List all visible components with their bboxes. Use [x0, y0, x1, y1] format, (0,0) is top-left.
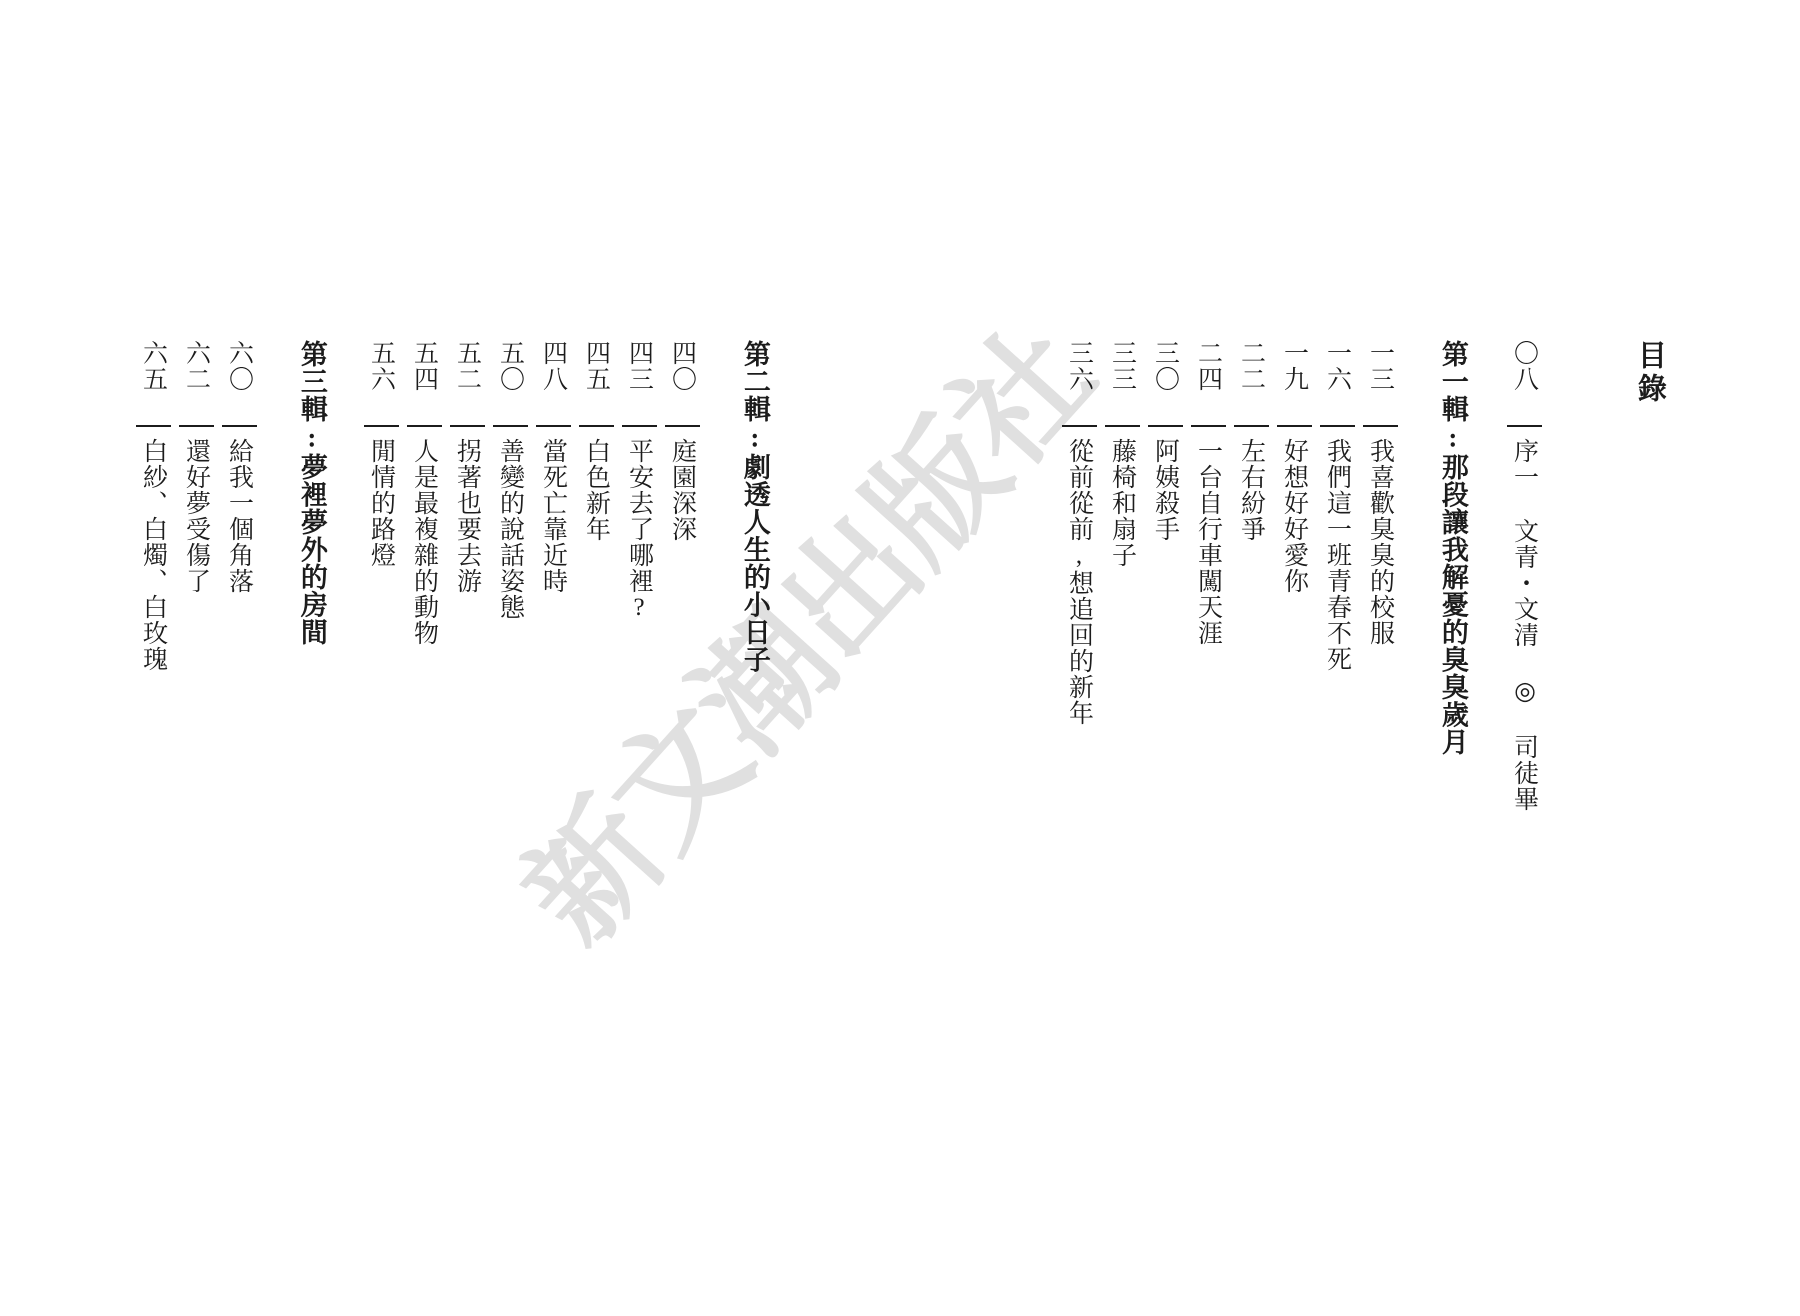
entry-title: 給我一個角落 [222, 438, 257, 594]
page-number: 五六 [364, 340, 399, 392]
entry-title: 左右紛爭 [1234, 438, 1269, 542]
entry-title: 拐著也要去游 [450, 438, 485, 594]
toc-entry: 六〇 給我一個角落 [221, 340, 257, 594]
entry-title: 一台自行車闖天涯 [1191, 438, 1226, 646]
toc-entry: 五六 閒情的路燈 [363, 340, 399, 568]
section-header: 第三輯:夢裡夢外的房間 [293, 340, 329, 646]
entry-title: 善變的說話姿態 [493, 438, 528, 620]
page-number: 一三 [1363, 340, 1398, 392]
toc-entry: 一九 好想好好愛你 [1276, 340, 1312, 594]
entry-title: 平安去了哪裡? [622, 438, 657, 622]
section-group-3: 第三輯:夢裡夢外的房間 六〇 給我一個角落 六二 還好夢受傷了 六五 白紗、白燭… [128, 340, 329, 672]
toc-entry: 二四 一台自行車闖天涯 [1190, 340, 1226, 646]
section-header-text: 第三輯:夢裡夢外的房間 [292, 340, 330, 646]
toc-entry: 四〇 庭園深深 [664, 340, 700, 542]
entry-title: 藤椅和扇子 [1105, 438, 1140, 568]
page-number: 四八 [536, 340, 571, 392]
page-number: 四三 [622, 340, 657, 392]
toc-entry: 三〇 阿姨殺手 [1147, 340, 1183, 542]
entry-title: 我喜歡臭臭的校服 [1363, 438, 1398, 646]
entry-title: 從前從前,想追回的新年 [1062, 438, 1097, 726]
divider-line [493, 425, 528, 427]
page-number: 〇八 [1507, 340, 1542, 392]
toc-title: 目錄 [1633, 340, 1665, 406]
divider-line [1148, 425, 1183, 427]
section-header-text: 第一輯:那段讓我解憂的臭臭歲月 [1433, 340, 1471, 756]
section-group-2: 第二輯:劇透人生的小日子 四〇 庭園深深 四三 平安去了哪裡? 四五 白色新年 … [356, 340, 772, 673]
divider-line [622, 425, 657, 427]
section-header-text: 第二輯:劇透人生的小日子 [735, 340, 773, 673]
page-number: 四五 [579, 340, 614, 392]
toc-page: 新文潮出版社 目錄 〇八 序一 文青・文清 ◎ 司徒畢 第一輯:那段讓我解憂的臭… [0, 0, 1800, 1316]
toc-entry: 二二 左右紛爭 [1233, 340, 1269, 542]
divider-line [179, 425, 214, 427]
page-number: 二四 [1191, 340, 1226, 392]
page-number: 三三 [1105, 340, 1140, 392]
divider-line [579, 425, 614, 427]
divider-line [1320, 425, 1355, 427]
entry-title: 阿姨殺手 [1148, 438, 1183, 542]
divider-line [665, 425, 700, 427]
toc-entry: 三六 從前從前,想追回的新年 [1061, 340, 1097, 726]
toc-entry: 五二 拐著也要去游 [449, 340, 485, 594]
page-number: 六五 [136, 340, 171, 392]
toc-entry: 六二 還好夢受傷了 [178, 340, 214, 594]
page-number: 六〇 [222, 340, 257, 392]
entry-title: 閒情的路燈 [364, 438, 399, 568]
section-header: 第一輯:那段讓我解憂的臭臭歲月 [1434, 340, 1470, 756]
divider-line [1234, 425, 1269, 427]
divider-line [222, 425, 257, 427]
entry-title: 當死亡靠近時 [536, 438, 571, 594]
divider-line [450, 425, 485, 427]
toc-entry: 四五 白色新年 [578, 340, 614, 542]
toc-entry: 四八 當死亡靠近時 [535, 340, 571, 594]
toc-entry: 六五 白紗、白燭、白玫瑰 [135, 340, 171, 672]
divider-line [1191, 425, 1226, 427]
divider-line [364, 425, 399, 427]
page-number: 五二 [450, 340, 485, 392]
divider-line [536, 425, 571, 427]
entry-title: 白色新年 [579, 438, 614, 542]
divider-line [1062, 425, 1097, 427]
section-group-1: 〇八 序一 文青・文清 ◎ 司徒畢 第一輯:那段讓我解憂的臭臭歲月 一三 我喜歡… [1054, 340, 1542, 812]
page-number: 一九 [1277, 340, 1312, 392]
page-number: 三六 [1062, 340, 1097, 392]
toc-entry: 四三 平安去了哪裡? [621, 340, 657, 622]
divider-line [1105, 425, 1140, 427]
page-number: 四〇 [665, 340, 700, 392]
toc-entry: 五〇 善變的說話姿態 [492, 340, 528, 620]
preface-title: 序一 文青・文清 ◎ 司徒畢 [1507, 438, 1542, 812]
entry-title: 人是最複雜的動物 [407, 438, 442, 646]
entry-title: 庭園深深 [665, 438, 700, 542]
entry-title: 白紗、白燭、白玫瑰 [136, 438, 171, 672]
toc-entry: 一六 我們這一班青春不死 [1319, 340, 1355, 672]
page-number: 二二 [1234, 340, 1269, 392]
entry-title: 還好夢受傷了 [179, 438, 214, 594]
toc-entry: 一三 我喜歡臭臭的校服 [1362, 340, 1398, 646]
toc-entry: 三三 藤椅和扇子 [1104, 340, 1140, 568]
divider-line [1363, 425, 1398, 427]
page-number: 五四 [407, 340, 442, 392]
page-number: 三〇 [1148, 340, 1183, 392]
entry-title: 好想好好愛你 [1277, 438, 1312, 594]
toc-entry: 五四 人是最複雜的動物 [406, 340, 442, 646]
section-header: 第二輯:劇透人生的小日子 [736, 340, 772, 673]
entry-title: 我們這一班青春不死 [1320, 438, 1355, 672]
page-number: 五〇 [493, 340, 528, 392]
preface-entry: 〇八 序一 文青・文清 ◎ 司徒畢 [1506, 340, 1542, 812]
divider-line [1277, 425, 1312, 427]
page-number: 六二 [179, 340, 214, 392]
page-number: 一六 [1320, 340, 1355, 392]
divider-line [1507, 425, 1542, 427]
divider-line [407, 425, 442, 427]
divider-line [136, 425, 171, 427]
